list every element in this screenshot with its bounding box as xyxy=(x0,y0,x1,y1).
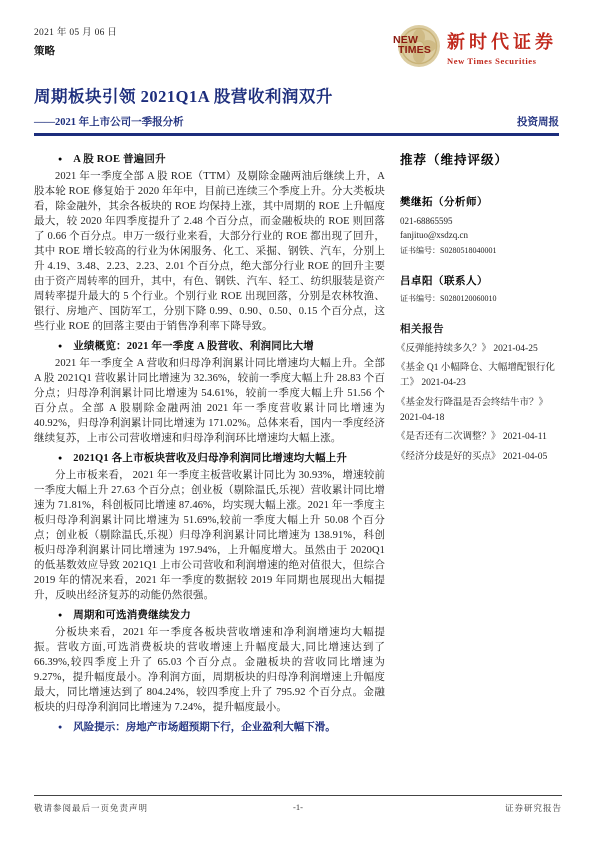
risk-warning: ● 风险提示：房地产市场超预期下行，企业盈利大幅下滑。 xyxy=(34,720,385,735)
contact-cert-number: 证书编号：S0280120060010 xyxy=(400,293,559,304)
section-heading-row: ● 2021Q1 各上市板块营收及归母净利润同比增速均大幅上升 xyxy=(34,450,385,465)
header-divider xyxy=(34,133,559,136)
report-type-label: 投资周报 xyxy=(517,114,559,129)
content-area: ● A 股 ROE 普遍回升 2021 年一季度全部 A 股 ROE（TTM）及… xyxy=(34,148,559,735)
bullet-icon: ● xyxy=(58,342,62,350)
related-report-date: 2021-04-11 xyxy=(503,432,547,442)
related-report-link[interactable]: 《经济分歧是好的买点》 2021-04-05 xyxy=(396,450,559,465)
section-overview: ● 业绩概览：2021 年一季度 A 股营收、利润同比大增 2021 年一季度全… xyxy=(34,338,385,446)
section-heading-row: ● 业绩概览：2021 年一季度 A 股营收、利润同比大增 xyxy=(34,338,385,353)
bullet-icon: ● xyxy=(58,723,62,731)
related-report-title[interactable]: 《基金 Q1 小幅降仓、大幅增配银行化工》 xyxy=(396,363,555,388)
subtitle-row: ——2021 年上市公司一季报分析 投资周报 xyxy=(34,114,559,129)
sidebar: 推荐（维持评级） 樊继拓（分析师） 021-68865595 fanjituo@… xyxy=(396,148,559,735)
brand-emblem-text: NEW TIMES xyxy=(393,35,431,55)
related-report-date: 2021-04-18 xyxy=(400,413,444,423)
bullet-icon: ● xyxy=(58,155,62,163)
section-heading: 业绩概览：2021 年一季度 A 股营收、利润同比大增 xyxy=(73,338,314,353)
related-report-date: 2021-04-23 xyxy=(421,378,465,388)
section-heading: 周期和可选消费继续发力 xyxy=(73,607,191,622)
section-boards: ● 2021Q1 各上市板块营收及归母净利润同比增速均大幅上升 分上市板来看， … xyxy=(34,450,385,603)
report-date: 2021 年 05 月 06 日 xyxy=(34,24,117,38)
section-body: 分板块来看，2021 年一季度各板块营收增速和净利润增速均大幅提振。营收方面,可… xyxy=(34,625,385,715)
contact-card: 吕卓阳（联系人） 证书编号：S0280120060010 xyxy=(400,273,559,304)
related-report-date: 2021-04-05 xyxy=(503,452,547,462)
section-heading-row: ● A 股 ROE 普遍回升 xyxy=(34,151,385,166)
contact-name: 吕卓阳（联系人） xyxy=(400,273,559,288)
analyst-email-link[interactable]: fanjituo@xsdzq.cn xyxy=(400,228,559,243)
related-report-title[interactable]: 《反弹能持续多久？》 xyxy=(396,344,491,354)
page-footer: 敬请参阅最后一页免责声明 -1- 证券研究报告 xyxy=(34,795,562,814)
section-heading: 2021Q1 各上市板块营收及归母净利润同比增速均大幅上升 xyxy=(73,450,347,465)
report-meta: 2021 年 05 月 06 日 策略 xyxy=(34,24,117,58)
related-report-link[interactable]: 《基金发行降温是否会终结牛市？》 2021-04-18 xyxy=(396,396,559,426)
related-report-title[interactable]: 《是否还有二次调整？》 xyxy=(396,432,501,442)
analyst-name: 樊继拓（分析师） xyxy=(400,194,559,209)
section-heading-row: ● 周期和可选消费继续发力 xyxy=(34,607,385,622)
top-bar: 2021 年 05 月 06 日 策略 NEW TIMES xyxy=(34,24,559,70)
brand-names: 新时代证券 New Times Securities xyxy=(447,28,557,66)
main-column: ● A 股 ROE 普遍回升 2021 年一季度全部 A 股 ROE（TTM）及… xyxy=(34,148,385,735)
analyst-phone: 021-68865595 xyxy=(400,214,559,229)
related-report-date: 2021-04-25 xyxy=(493,344,537,354)
brand-emblem: NEW TIMES xyxy=(393,24,441,70)
bullet-icon: ● xyxy=(58,611,62,619)
section-body: 2021 年一季度全 A 营收和归母净利润累计同比增速均大幅上升。全部A 股 2… xyxy=(34,356,385,446)
research-report-page: 2021 年 05 月 06 日 策略 NEW TIMES xyxy=(0,0,595,842)
section-cyclical: ● 周期和可选消费继续发力 分板块来看，2021 年一季度各板块营收增速和净利润… xyxy=(34,607,385,715)
section-heading: A 股 ROE 普遍回升 xyxy=(73,151,166,166)
title-block: 周期板块引领 2021Q1A 股营收利润双升 ——2021 年上市公司一季报分析… xyxy=(34,83,559,129)
related-report-title[interactable]: 《经济分歧是好的买点》 xyxy=(396,452,501,462)
brand-logo: NEW TIMES 新时代证券 New Times Securities xyxy=(393,24,557,70)
related-reports-list: 《反弹能持续多久？》 2021-04-25 《基金 Q1 小幅降仓、大幅增配银行… xyxy=(396,342,559,465)
analyst-cert-number: 证书编号：S0280518040001 xyxy=(400,245,559,256)
brand-name-en: New Times Securities xyxy=(447,56,557,66)
brand-word-times: TIMES xyxy=(398,45,431,55)
rating-badge: 推荐（维持评级） xyxy=(400,150,559,168)
footer-disclaimer: 敬请参阅最后一页免责声明 xyxy=(34,802,210,814)
related-report-link[interactable]: 《反弹能持续多久？》 2021-04-25 xyxy=(396,342,559,357)
page-number: -1- xyxy=(210,802,386,814)
footer-report-label: 证券研究报告 xyxy=(386,802,562,814)
report-category: 策略 xyxy=(34,43,117,58)
section-roe: ● A 股 ROE 普遍回升 2021 年一季度全部 A 股 ROE（TTM）及… xyxy=(34,151,385,334)
related-report-link[interactable]: 《是否还有二次调整？》 2021-04-11 xyxy=(396,430,559,445)
related-report-link[interactable]: 《基金 Q1 小幅降仓、大幅增配银行化工》 2021-04-23 xyxy=(396,361,559,391)
risk-warning-text: 风险提示：房地产市场超预期下行，企业盈利大幅下滑。 xyxy=(73,720,336,735)
related-report-title[interactable]: 《基金发行降温是否会终结牛市？》 xyxy=(396,398,548,408)
bullet-icon: ● xyxy=(58,454,62,462)
section-body: 分上市板来看， 2021 年一季度主板营收累计同比为 30.93%，增速较前一季… xyxy=(34,468,385,603)
page-title: 周期板块引领 2021Q1A 股营收利润双升 xyxy=(34,83,559,107)
brand-name-cn: 新时代证券 xyxy=(447,28,557,54)
analyst-card: 樊继拓（分析师） 021-68865595 fanjituo@xsdzq.cn … xyxy=(400,194,559,256)
page-subtitle: ——2021 年上市公司一季报分析 xyxy=(34,114,184,129)
related-reports-title: 相关报告 xyxy=(400,321,559,336)
section-body: 2021 年一季度全部 A 股 ROE（TTM）及剔除金融两油后继续上升，A股本… xyxy=(34,169,385,334)
